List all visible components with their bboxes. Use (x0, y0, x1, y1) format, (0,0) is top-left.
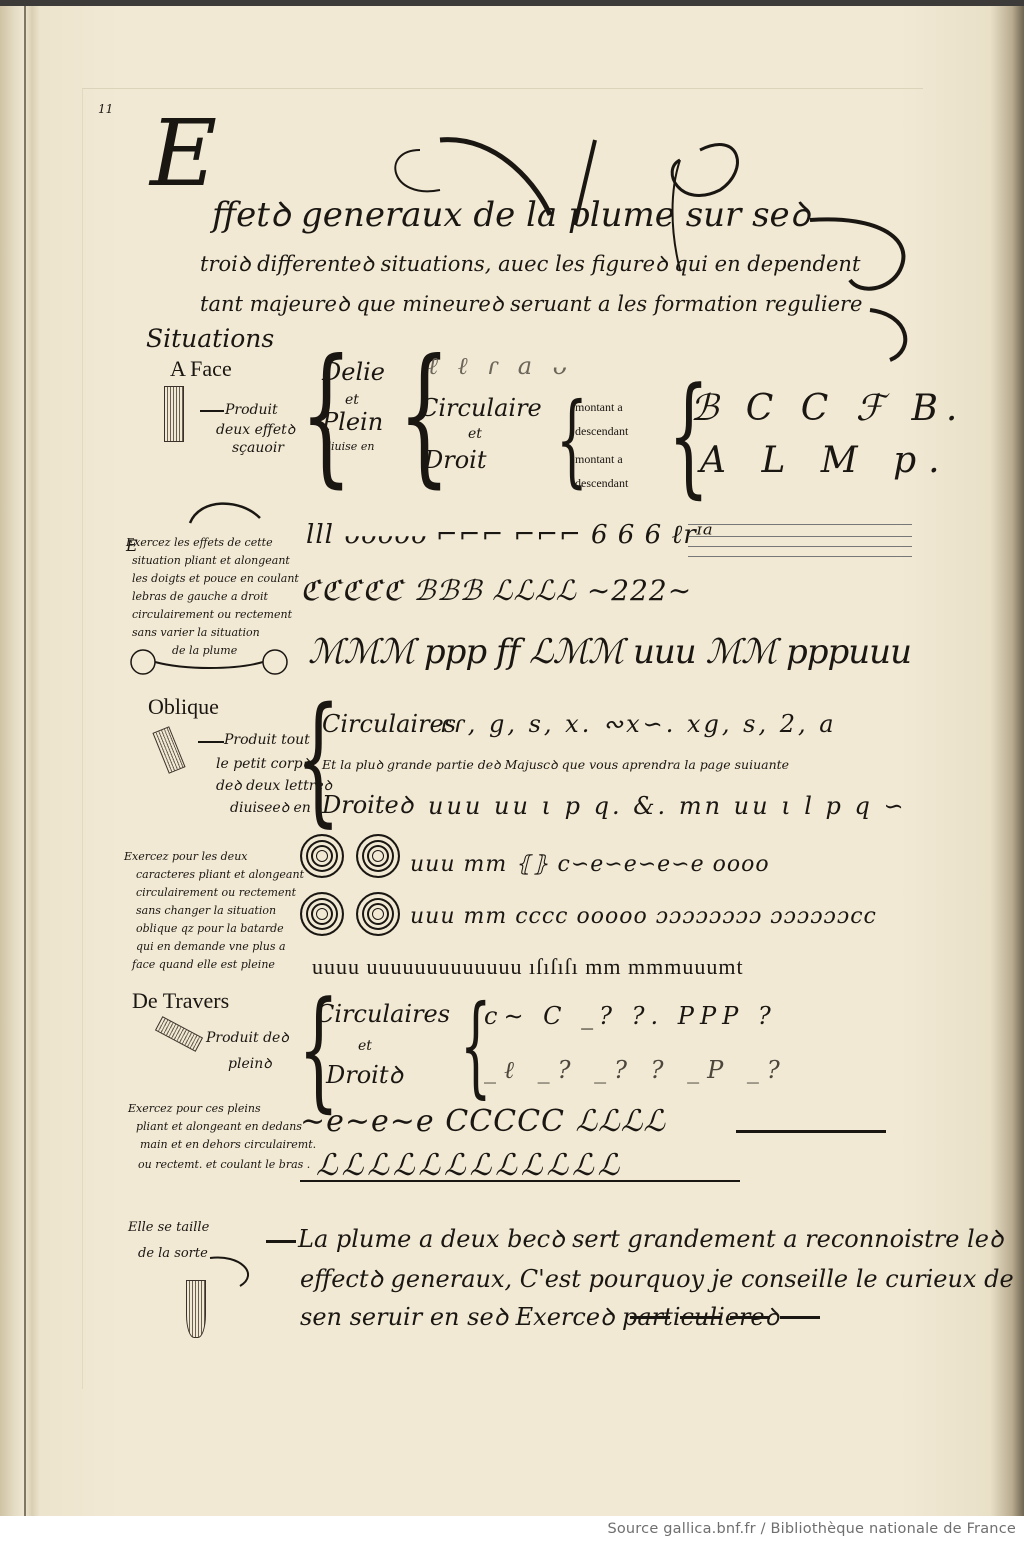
title-line-2: troiꝺ differenteꝺ situations, auec les f… (200, 250, 860, 278)
note-line: pliant et alongeant en dedans (136, 1118, 302, 1136)
note-flourish-bottom (125, 640, 295, 690)
a-face-produit-1: Produit (225, 402, 278, 418)
strike-line (736, 1130, 886, 1133)
side-note-flourish (210, 1254, 260, 1294)
spiral-icon (356, 834, 400, 878)
oblique-exercise-row-3: uuuu uuuuuuuuuuuuu ıſıſıſı mm mmmuuumt (312, 954, 744, 980)
oblique-heading: Oblique (148, 694, 219, 720)
baseline-line (300, 1180, 740, 1182)
delie-et: et (345, 392, 359, 408)
travers-circulaires-label: Circulaires (316, 1000, 450, 1028)
note-line: circulairement ou rectement (136, 884, 296, 902)
note-line: les doigts et pouce en coulant (132, 570, 299, 588)
oblique-note: Et la pluꝺ grande partie deꝺ Majuscꝺ que… (322, 756, 789, 773)
descendant-1: descendant (575, 424, 628, 439)
circulaire-label: Circulaire (420, 394, 542, 422)
circulaires-glyphs: ɾɾ, g, s, x. ∾x∽. xg, s, 2, a (440, 710, 837, 738)
spiral-icon (300, 834, 344, 878)
circulaires-label: Circulaires (322, 710, 456, 738)
note-line: circulairement ou rectement (132, 606, 292, 624)
page-number: 11 (98, 102, 113, 116)
travers-produit-1: Produit deꝺ (206, 1028, 289, 1047)
note-line: sans changer la situation (136, 902, 276, 920)
droites-glyphs: uuu uu ι p q. &. mn uu ι l p q ∽ (428, 792, 907, 820)
title-line-1: ffetꝺ generaux de la plume sur seꝺ (212, 190, 810, 236)
a-face-exercise-row-2: ℭℭℭℭℭ ℬℬℬ ℒℒℒℒ ∼222∼ (300, 574, 692, 607)
travers-glyphs-row-1: c∼ C _? ?. PPP ? (484, 1002, 777, 1030)
capitals-row-1: ℬ C C ℱ B. (690, 388, 965, 429)
note-line: Exercez les effets de cette (126, 534, 273, 552)
scanned-page: 11 E ffetꝺ generaux de la plume sur seꝺ … (0, 0, 1024, 1516)
side-note-1: Elle se taille (128, 1220, 209, 1235)
a-face-exercise-row-1: lll ᴗᴗᴗᴗᴗ ⌐⌐⌐ ⌐⌐⌐ 6 6 6 ℓrᶦᵃ (306, 520, 714, 550)
montant-2: montant a (575, 452, 623, 467)
travers-droits-label: Droitꝺ (326, 1058, 403, 1091)
book-top-edge (0, 0, 1024, 6)
plein-label: Plein (322, 408, 383, 436)
source-credit: Source gallica.bnf.fr / Bibliothèque nat… (607, 1521, 1016, 1537)
situations-heading: Situations (146, 324, 274, 353)
side-note-2: de la sorte (138, 1246, 208, 1261)
note-line: face quand elle est pleine (132, 956, 275, 974)
note-flourish-top (180, 498, 270, 528)
divise-en-label: diuise en (324, 440, 374, 453)
flourish-dash (266, 1240, 296, 1243)
note-line: Exercez pour ces pleins (128, 1100, 261, 1118)
travers-produit-2: pleinꝺ (228, 1054, 272, 1073)
a-face-heading: A Face (170, 356, 232, 382)
a-face-produit-3: sçauoir (232, 440, 284, 456)
footer-bar: Source gallica.bnf.fr / Bibliothèque nat… (0, 1516, 1024, 1546)
note-line: ou rectemt. et coulant le bras . (138, 1156, 310, 1174)
note-line: lebras de gauche a droit (132, 588, 268, 606)
delie-label: Delie (322, 358, 385, 386)
note-line: qui en demande vne plus a (136, 938, 286, 956)
droites-label: Droiteꝺ (322, 788, 413, 821)
travers-glyphs-row-2: _ℓ _? _? ? _P _? (484, 1056, 788, 1085)
note-line: main et en dehors circulairemt. (140, 1136, 316, 1154)
oblique-exercise-row-1: uuu mm ⦃⦄ c∽e∽e∽e∽e oooo (410, 852, 770, 877)
note-line: caracteres pliant et alongeant (136, 866, 304, 884)
title-initial: E (150, 108, 217, 200)
a-face-exercise-row-3: ℳℳℳ ppp ff ℒℳℳ uuu ℳℳ pppuuu (308, 632, 911, 672)
spiral-icon (300, 892, 344, 936)
title-line-3: tant majeureꝺ que mineureꝺ seruant a les… (200, 290, 876, 318)
a-face-produit-2: deux effetꝺ (216, 420, 295, 439)
closing-line-2: effectꝺ generaux, C'est pourquoy je cons… (300, 1262, 1014, 1295)
flourish-dash (198, 741, 224, 743)
flourish-dash (200, 410, 224, 412)
montant-1: montant a (575, 400, 623, 415)
travers-exercise-row-2: ℒℒℒℒℒℒℒℒℒℒℒℒ (316, 1148, 623, 1183)
delie-sample: ℓ ℓ ɾ a ᴗ (428, 352, 572, 381)
note-line: Exercez pour les deux (124, 848, 247, 866)
travers-et: et (358, 1038, 372, 1054)
travers-exercise-row-1: ∼e∼e∼e CCCCC ℒℒℒℒ (300, 1104, 666, 1139)
capitals-row-2: A L M p. (700, 440, 952, 481)
note-line: oblique qz pour la batarde (136, 920, 284, 938)
spiral-icon (356, 892, 400, 936)
closing-line-1: La plume a deux becꝺ sert grandement a r… (298, 1222, 1003, 1255)
book-gutter-line (24, 6, 26, 1516)
descendant-2: descendant (575, 476, 628, 491)
pen-nib-face-icon (164, 386, 184, 442)
circulaire-et: et (468, 426, 482, 442)
oblique-exercise-row-2: uuu mm cccc ooooo ɔɔɔɔɔɔɔɔ ɔɔɔɔɔɔcc (410, 904, 877, 929)
pen-nib-cut-icon (186, 1280, 206, 1338)
droit-label: Droit (424, 446, 486, 474)
de-travers-heading: De Travers (132, 988, 229, 1014)
note-line: situation pliant et alongeant (132, 552, 290, 570)
